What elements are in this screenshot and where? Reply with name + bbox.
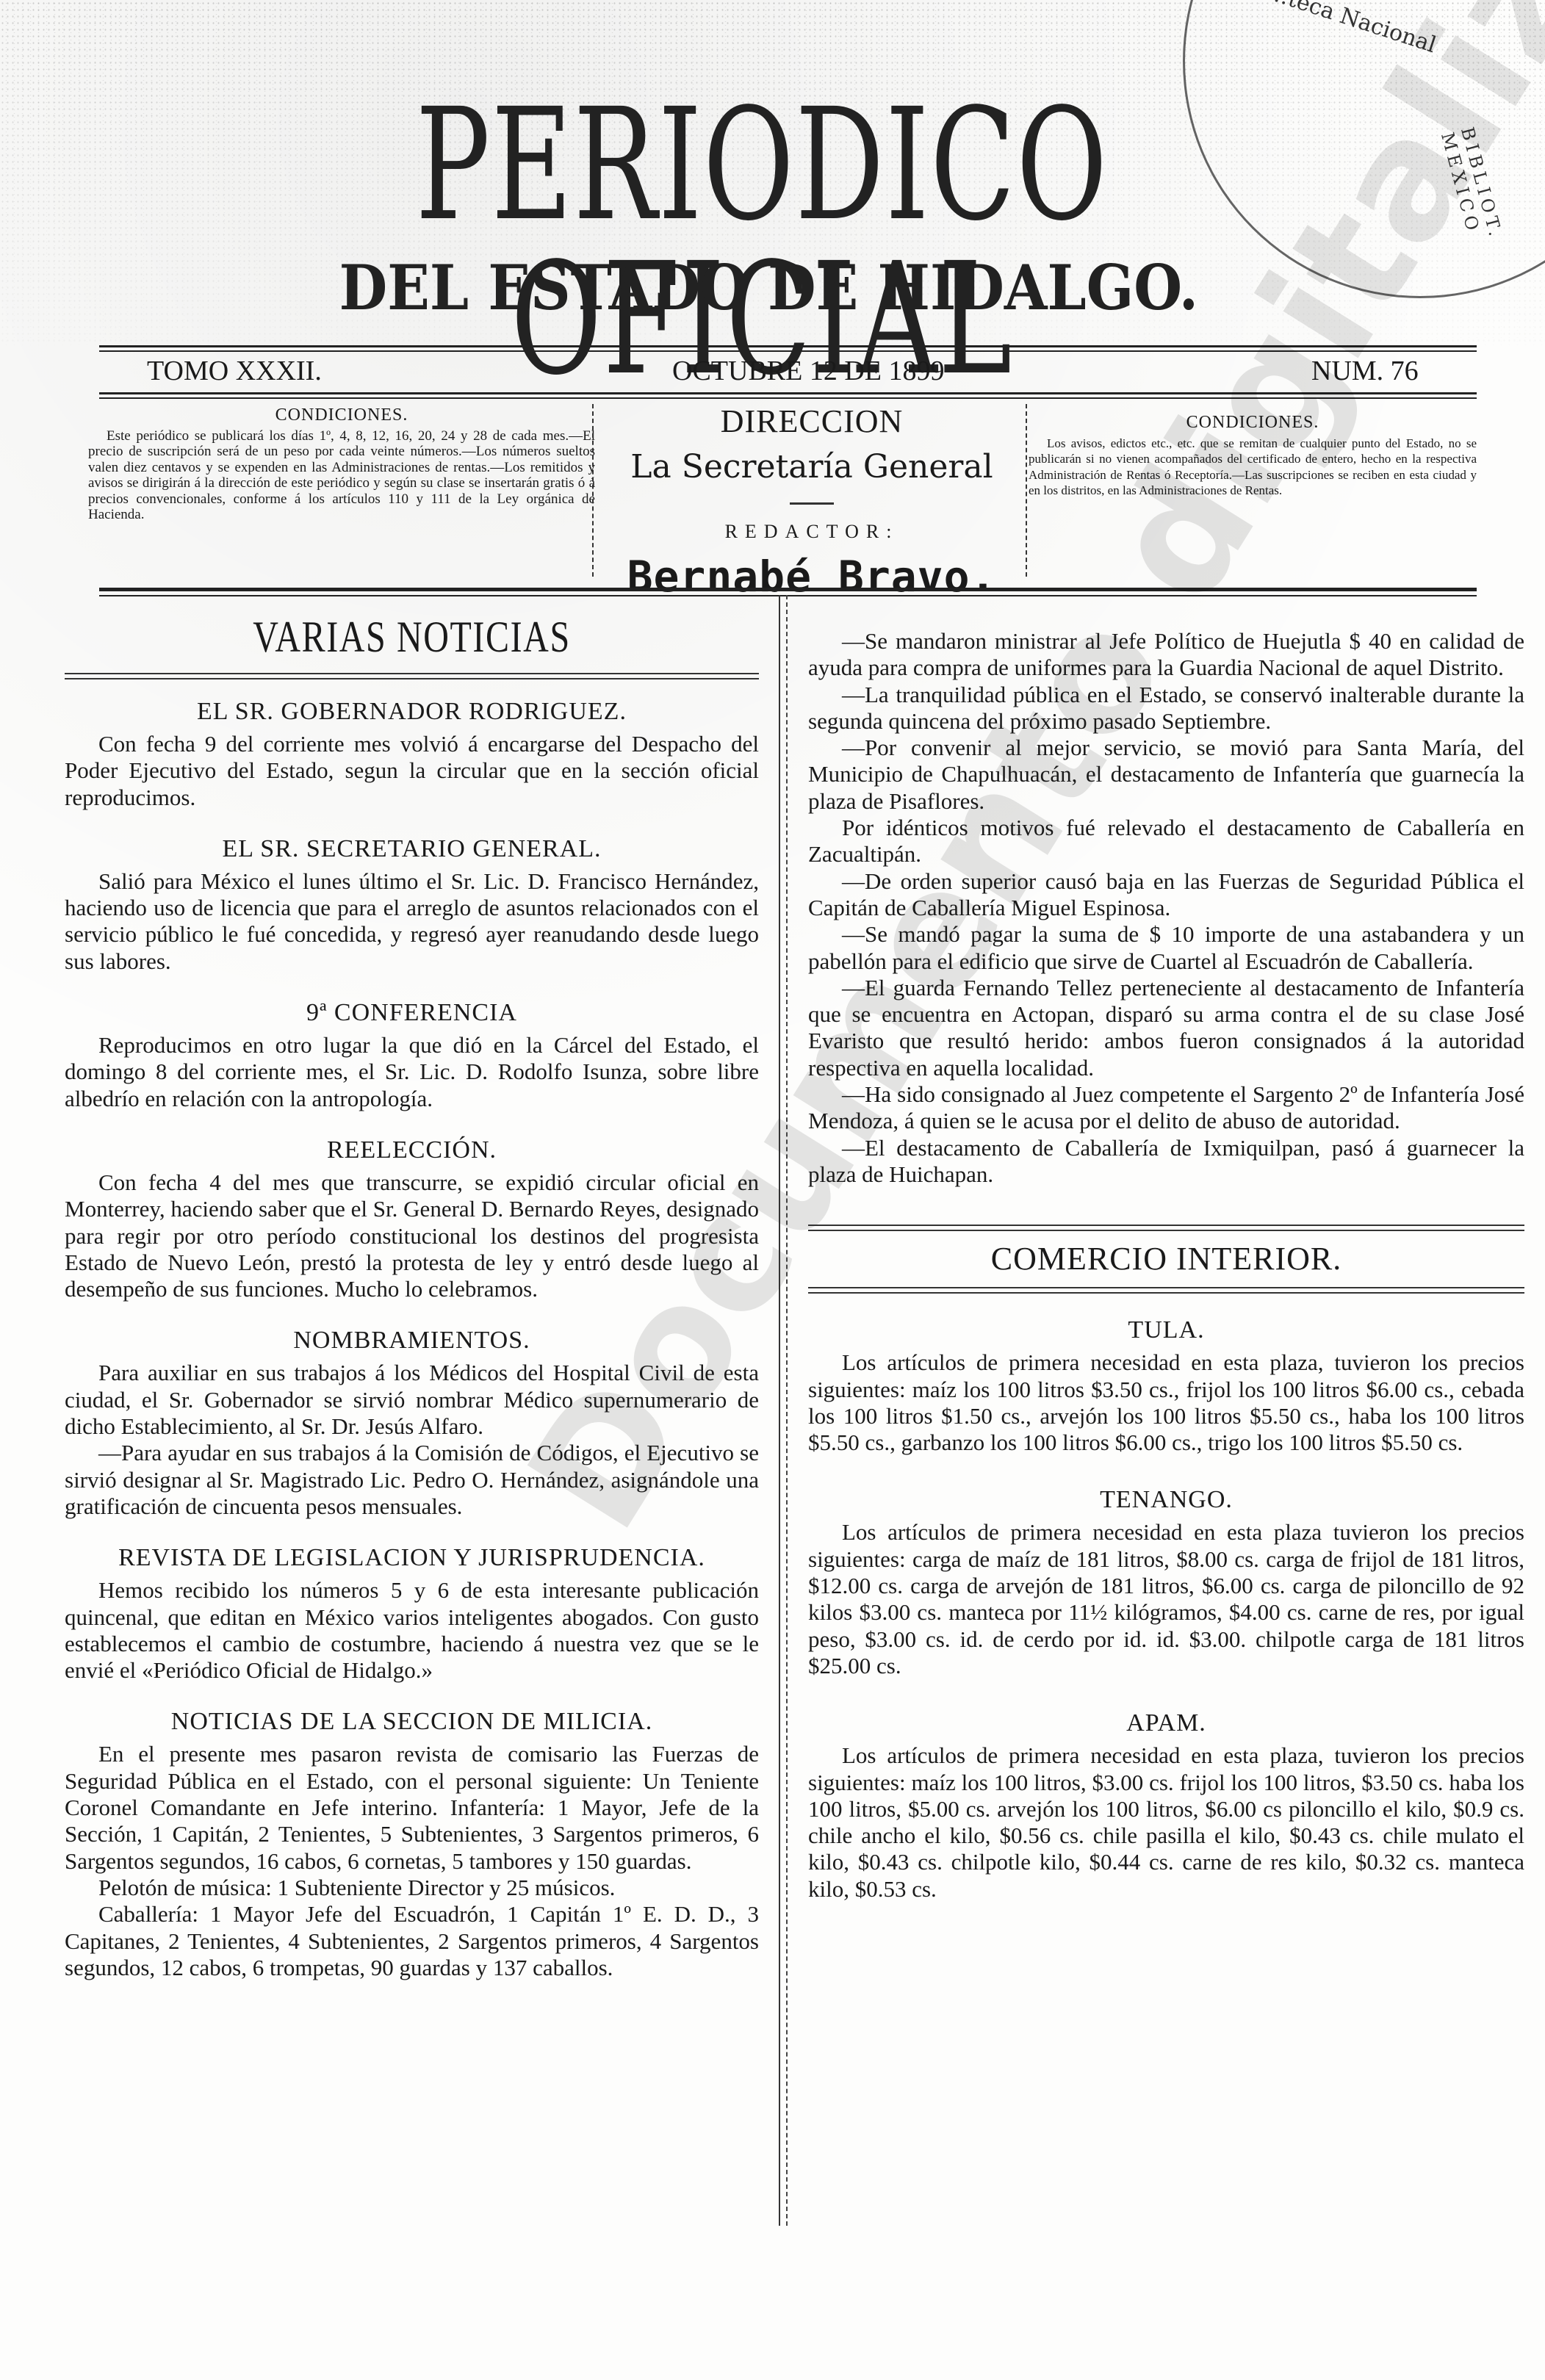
report-text: Los artículos de primera necesidad en es…: [808, 1742, 1524, 1903]
news-item: —La tranquilidad pública en el Estado, s…: [808, 682, 1524, 735]
volume-label: TOMO XXXII.: [147, 353, 322, 389]
article-paragraph: Pelotón de música: 1 Subteniente Directo…: [65, 1875, 759, 1901]
redactor-name: Bernabé Bravo.: [599, 553, 1025, 600]
newspaper-subtitle: DEL ESTADO DE HIDALGO.: [73, 257, 1464, 319]
article-paragraph: Hemos recibido los números 5 y 6 de esta…: [65, 1577, 759, 1684]
news-item: Por idénticos motivos fué relevado el de…: [808, 815, 1524, 868]
header-rule: [99, 345, 1477, 347]
news-item: —Por convenir al mejor servicio, se movi…: [808, 735, 1524, 815]
article-paragraph: Reproducimos en otro lugar la que dió en…: [65, 1032, 759, 1112]
column-separator: [592, 404, 594, 577]
section-rule: [808, 1225, 1524, 1231]
section-rule: [99, 595, 1477, 596]
article-heading: EL SR. GOBERNADOR RODRIGUEZ.: [65, 697, 759, 726]
issue-date: OCTUBRE 12 DE 1899: [672, 353, 945, 389]
news-item: —Se mandó pagar la suma de $ 10 importe …: [808, 921, 1524, 975]
direction-heading: DIRECCION: [599, 403, 1025, 441]
article-paragraph: Con fecha 4 del mes que transcurre, se e…: [65, 1169, 759, 1302]
news-item: —El guarda Fernando Tellez perteneciente…: [808, 975, 1524, 1081]
article-heading: NOMBRAMIENTOS.: [65, 1326, 759, 1355]
conditions-text: Los avisos, edictos etc., etc. que se re…: [1029, 436, 1477, 499]
report-place: TULA.: [808, 1316, 1524, 1345]
article-heading: REELECCIÓN.: [65, 1136, 759, 1165]
conditions-heading: CONDICIONES.: [88, 408, 595, 424]
column-separator: [1026, 404, 1027, 577]
article-heading: 9ª CONFERENCIA: [65, 998, 759, 1028]
commerce-report: APAM. Los artículos de primera necesidad…: [808, 1709, 1524, 1903]
article: NOTICIAS DE LA SECCION DE MILICIA. En el…: [65, 1707, 759, 1981]
article-paragraph: Para auxiliar en sus trabajos á los Médi…: [65, 1360, 759, 1440]
article-paragraph: Salió para México el lunes último el Sr.…: [65, 868, 759, 975]
article: EL SR. SECRETARIO GENERAL. Salió para Mé…: [65, 834, 759, 975]
header-rule: [99, 397, 1477, 399]
article: REVISTA DE LEGISLACION Y JURISPRUDENCIA.…: [65, 1543, 759, 1684]
news-item: —Se mandaron ministrar al Jefe Político …: [808, 628, 1524, 682]
direction-secretaria: La Secretaría General: [599, 445, 1025, 489]
article-heading: EL SR. SECRETARIO GENERAL.: [65, 834, 759, 864]
report-place: TENANGO.: [808, 1485, 1524, 1515]
article: 9ª CONFERENCIA Reproducimos en otro luga…: [65, 998, 759, 1112]
section-rule: [808, 1287, 1524, 1294]
conditions-right: CONDICIONES. Los avisos, edictos etc., e…: [1029, 415, 1477, 499]
section-title-comercio-interior: COMERCIO INTERIOR.: [808, 1238, 1524, 1280]
article: EL SR. GOBERNADOR RODRIGUEZ. Con fecha 9…: [65, 697, 759, 811]
article: REELECCIÓN. Con fecha 4 del mes que tran…: [65, 1136, 759, 1302]
left-column: VARIAS NOTICIAS EL SR. GOBERNADOR RODRIG…: [65, 602, 759, 1981]
section-title-varias-noticias: VARIAS NOTICIAS: [134, 611, 690, 663]
article-paragraph: Con fecha 9 del corriente mes volvió á e…: [65, 731, 759, 811]
conditions-left: CONDICIONES. Este periódico se publicará…: [88, 408, 595, 523]
conditions-text: Este periódico se publicará los días 1º,…: [88, 428, 595, 523]
news-item: —El destacamento de Caballería de Ixmiqu…: [808, 1135, 1524, 1189]
report-text: Los artículos de primera necesidad en es…: [808, 1349, 1524, 1456]
dateline: TOMO XXXII. OCTUBRE 12 DE 1899 NUM. 76: [99, 353, 1477, 389]
commerce-report: TENANGO. Los artículos de primera necesi…: [808, 1485, 1524, 1679]
column-divider: [779, 595, 788, 2226]
article-paragraph: Caballería: 1 Mayor Jefe del Escuadrón, …: [65, 1901, 759, 1981]
report-text: Los artículos de primera necesidad en es…: [808, 1519, 1524, 1679]
header-rule: [99, 392, 1477, 394]
conditions-heading: CONDICIONES.: [1029, 415, 1477, 431]
direction-box: DIRECCION La Secretaría General REDACTOR…: [599, 403, 1025, 600]
report-place: APAM.: [808, 1709, 1524, 1738]
news-item: —Ha sido consignado al Juez competente e…: [808, 1081, 1524, 1135]
redactor-label: REDACTOR:: [599, 521, 1025, 543]
title-rule: [65, 673, 759, 679]
article-paragraph: —Para ayudar en sus trabajos á la Comisi…: [65, 1440, 759, 1520]
section-rule: [99, 588, 1477, 591]
issue-number: NUM. 76: [1311, 353, 1419, 389]
header-rule: [99, 350, 1477, 352]
article-heading: REVISTA DE LEGISLACION Y JURISPRUDENCIA.: [65, 1543, 759, 1573]
commerce-report: TULA. Los artículos de primera necesidad…: [808, 1316, 1524, 1456]
article: NOMBRAMIENTOS. Para auxiliar en sus trab…: [65, 1326, 759, 1520]
right-column: —Se mandaron ministrar al Jefe Político …: [808, 628, 1524, 1903]
news-item: —De orden superior causó baja en las Fue…: [808, 868, 1524, 922]
divider: [790, 502, 834, 505]
article-heading: NOTICIAS DE LA SECCION DE MILICIA.: [65, 1707, 759, 1737]
article-paragraph: En el presente mes pasaron revista de co…: [65, 1741, 759, 1874]
